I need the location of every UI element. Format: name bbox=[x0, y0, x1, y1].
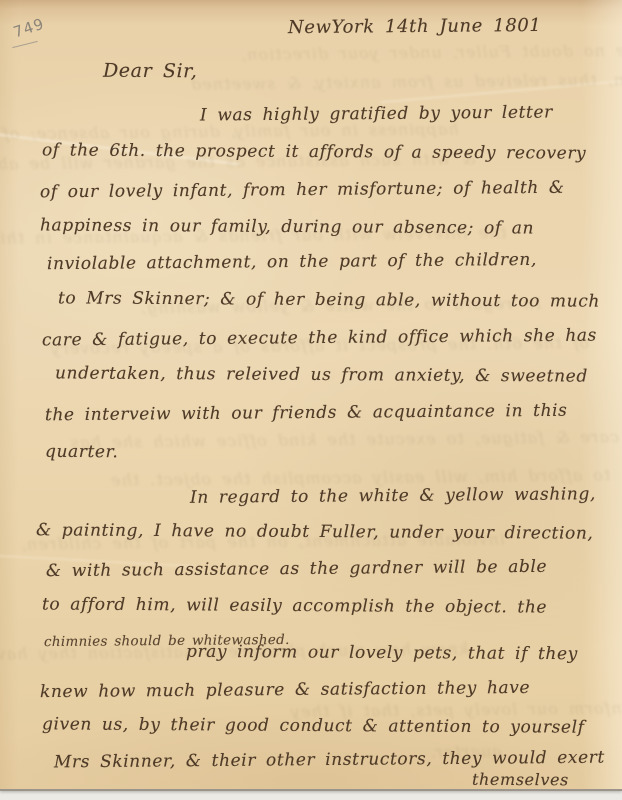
letter-line: & with such assistance as the gardner wi… bbox=[46, 557, 547, 581]
letter-line: inviolable attachment, on the part of th… bbox=[47, 250, 537, 274]
letter-line: undertaken, thus releived us from anxiet… bbox=[55, 363, 588, 386]
letter-line: to afford him, will easily accomplish th… bbox=[42, 594, 547, 617]
letter-line: quarter. bbox=[45, 442, 119, 462]
letter-line: In regard to the white & yellow washing, bbox=[190, 484, 596, 508]
letter-line: given us, by their good conduct & attent… bbox=[42, 714, 585, 737]
letter-line: & painting, I have no doubt Fuller, unde… bbox=[36, 520, 594, 543]
letter-line: pray inform our lovely pets, that if the… bbox=[186, 642, 578, 664]
letter-line: care & fatigue, to execute the kind offi… bbox=[42, 326, 597, 351]
letter-line: happiness in our family, during our abse… bbox=[40, 215, 534, 238]
letter-line: knew how much pleasure & satisfaction th… bbox=[40, 678, 530, 702]
letter-paper: & painting, I have no doubt Fuller, unde… bbox=[0, 0, 622, 791]
catchword: themselves bbox=[472, 770, 569, 790]
letter-line: to Mrs Skinner; & of her being able, wit… bbox=[58, 288, 600, 311]
letter-line: Mrs Skinner, & their other instructors, … bbox=[54, 748, 605, 773]
letter-line: of the 6th. the prospect it affords of a… bbox=[42, 140, 586, 163]
dateline: NewYork 14th June 1801 bbox=[288, 15, 542, 38]
letter-line: the interveiw with our friends & acquain… bbox=[45, 401, 568, 426]
scanned-letter-page: { "letter": { "archival_number": "749", … bbox=[0, 0, 622, 800]
letter-text: NewYork 14th June 1801 Dear Sir, I was h… bbox=[0, 0, 622, 789]
salutation: Dear Sir, bbox=[103, 60, 198, 83]
letter-line: I was highly gratified by your letter bbox=[200, 102, 553, 125]
letter-line: of our lovely infant, from her misfortun… bbox=[40, 178, 565, 203]
